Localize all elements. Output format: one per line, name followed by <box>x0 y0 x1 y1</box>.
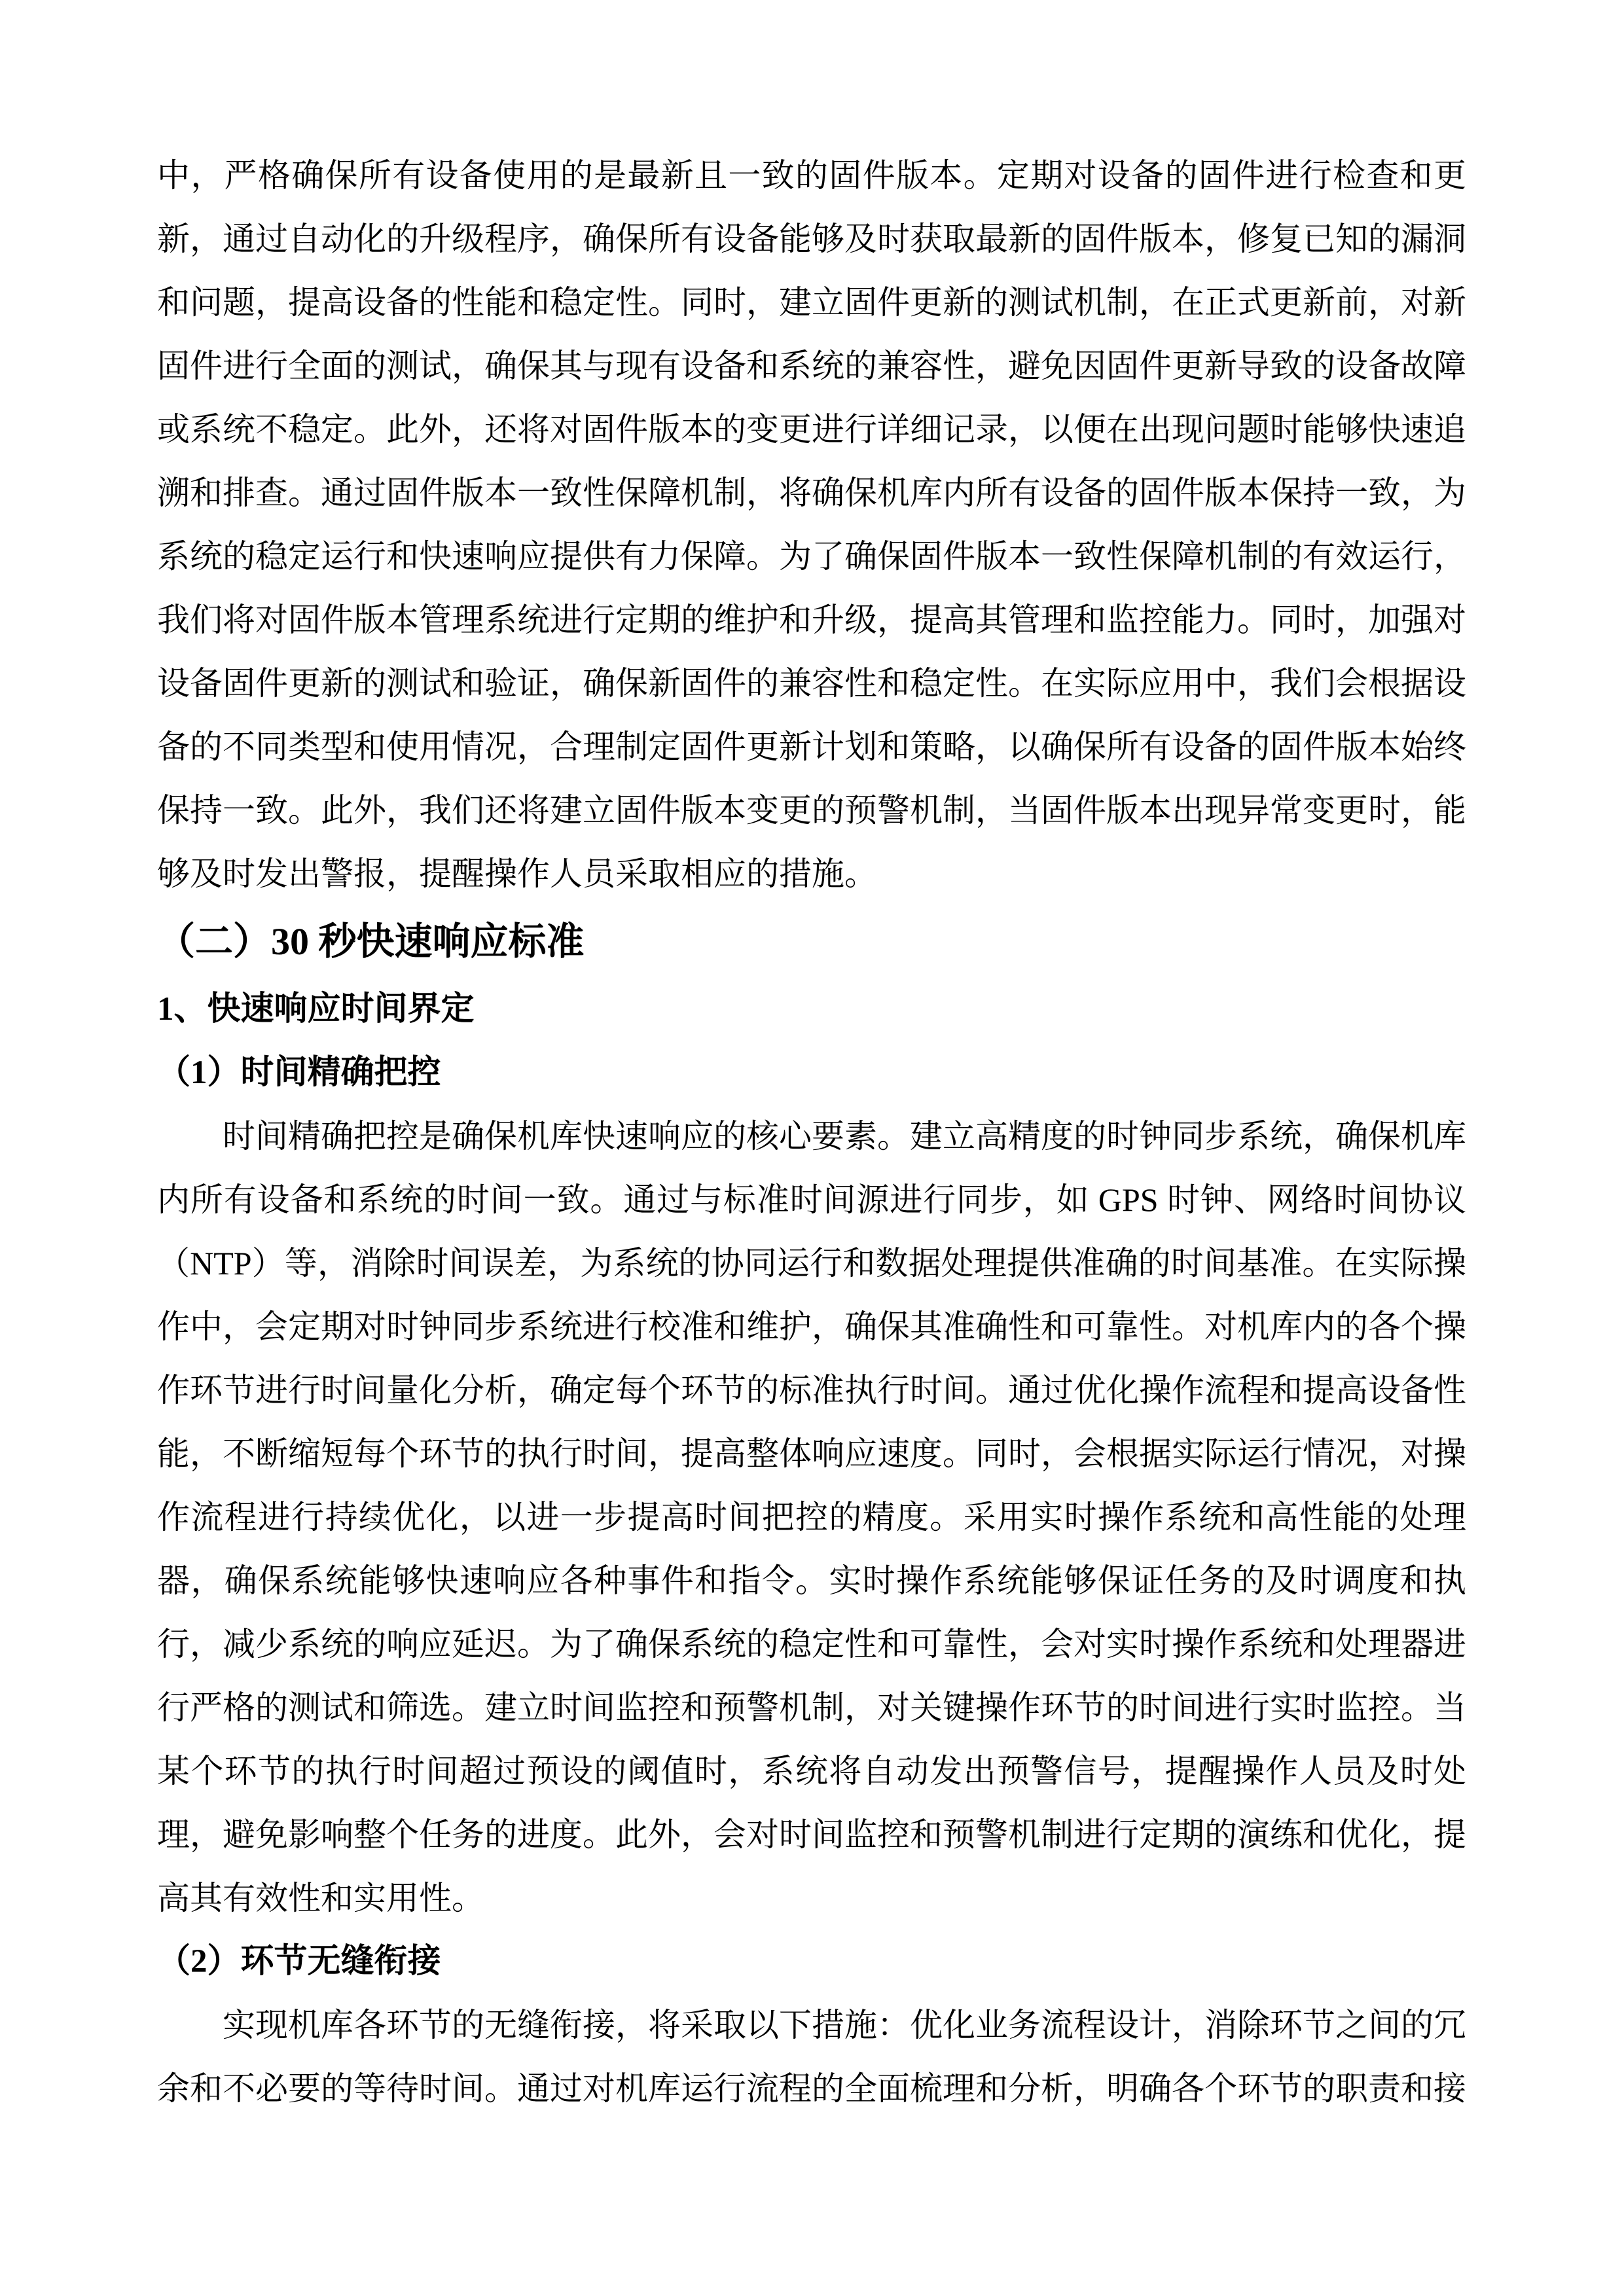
paragraph-time-precision-control: 时间精确把控是确保机库快速响应的核心要素。建立高精度的时钟同步系统，确保机库内所… <box>157 1105 1466 1930</box>
paragraph-firmware-consistency: 中，严格确保所有设备使用的是最新且一致的固件版本。定期对设备的固件进行检查和更新… <box>157 144 1466 906</box>
document-page: 中，严格确保所有设备使用的是最新且一致的固件版本。定期对设备的固件进行检查和更新… <box>0 0 1624 2296</box>
paragraph-seamless-transition: 实现机库各环节的无缝衔接，将采取以下措施：优化业务流程设计，消除环节之间的冗余和… <box>157 1994 1466 2121</box>
clause-1-heading-time-precision: （1）时间精确把控 <box>157 1041 1466 1105</box>
section-heading-30s-response-standard: （二）30 秒快速响应标准 <box>157 906 1466 978</box>
subsection-heading-response-time-definition: 1、快速响应时间界定 <box>157 978 1466 1041</box>
clause-2-heading-seamless-links: （2）环节无缝衔接 <box>157 1930 1466 1994</box>
